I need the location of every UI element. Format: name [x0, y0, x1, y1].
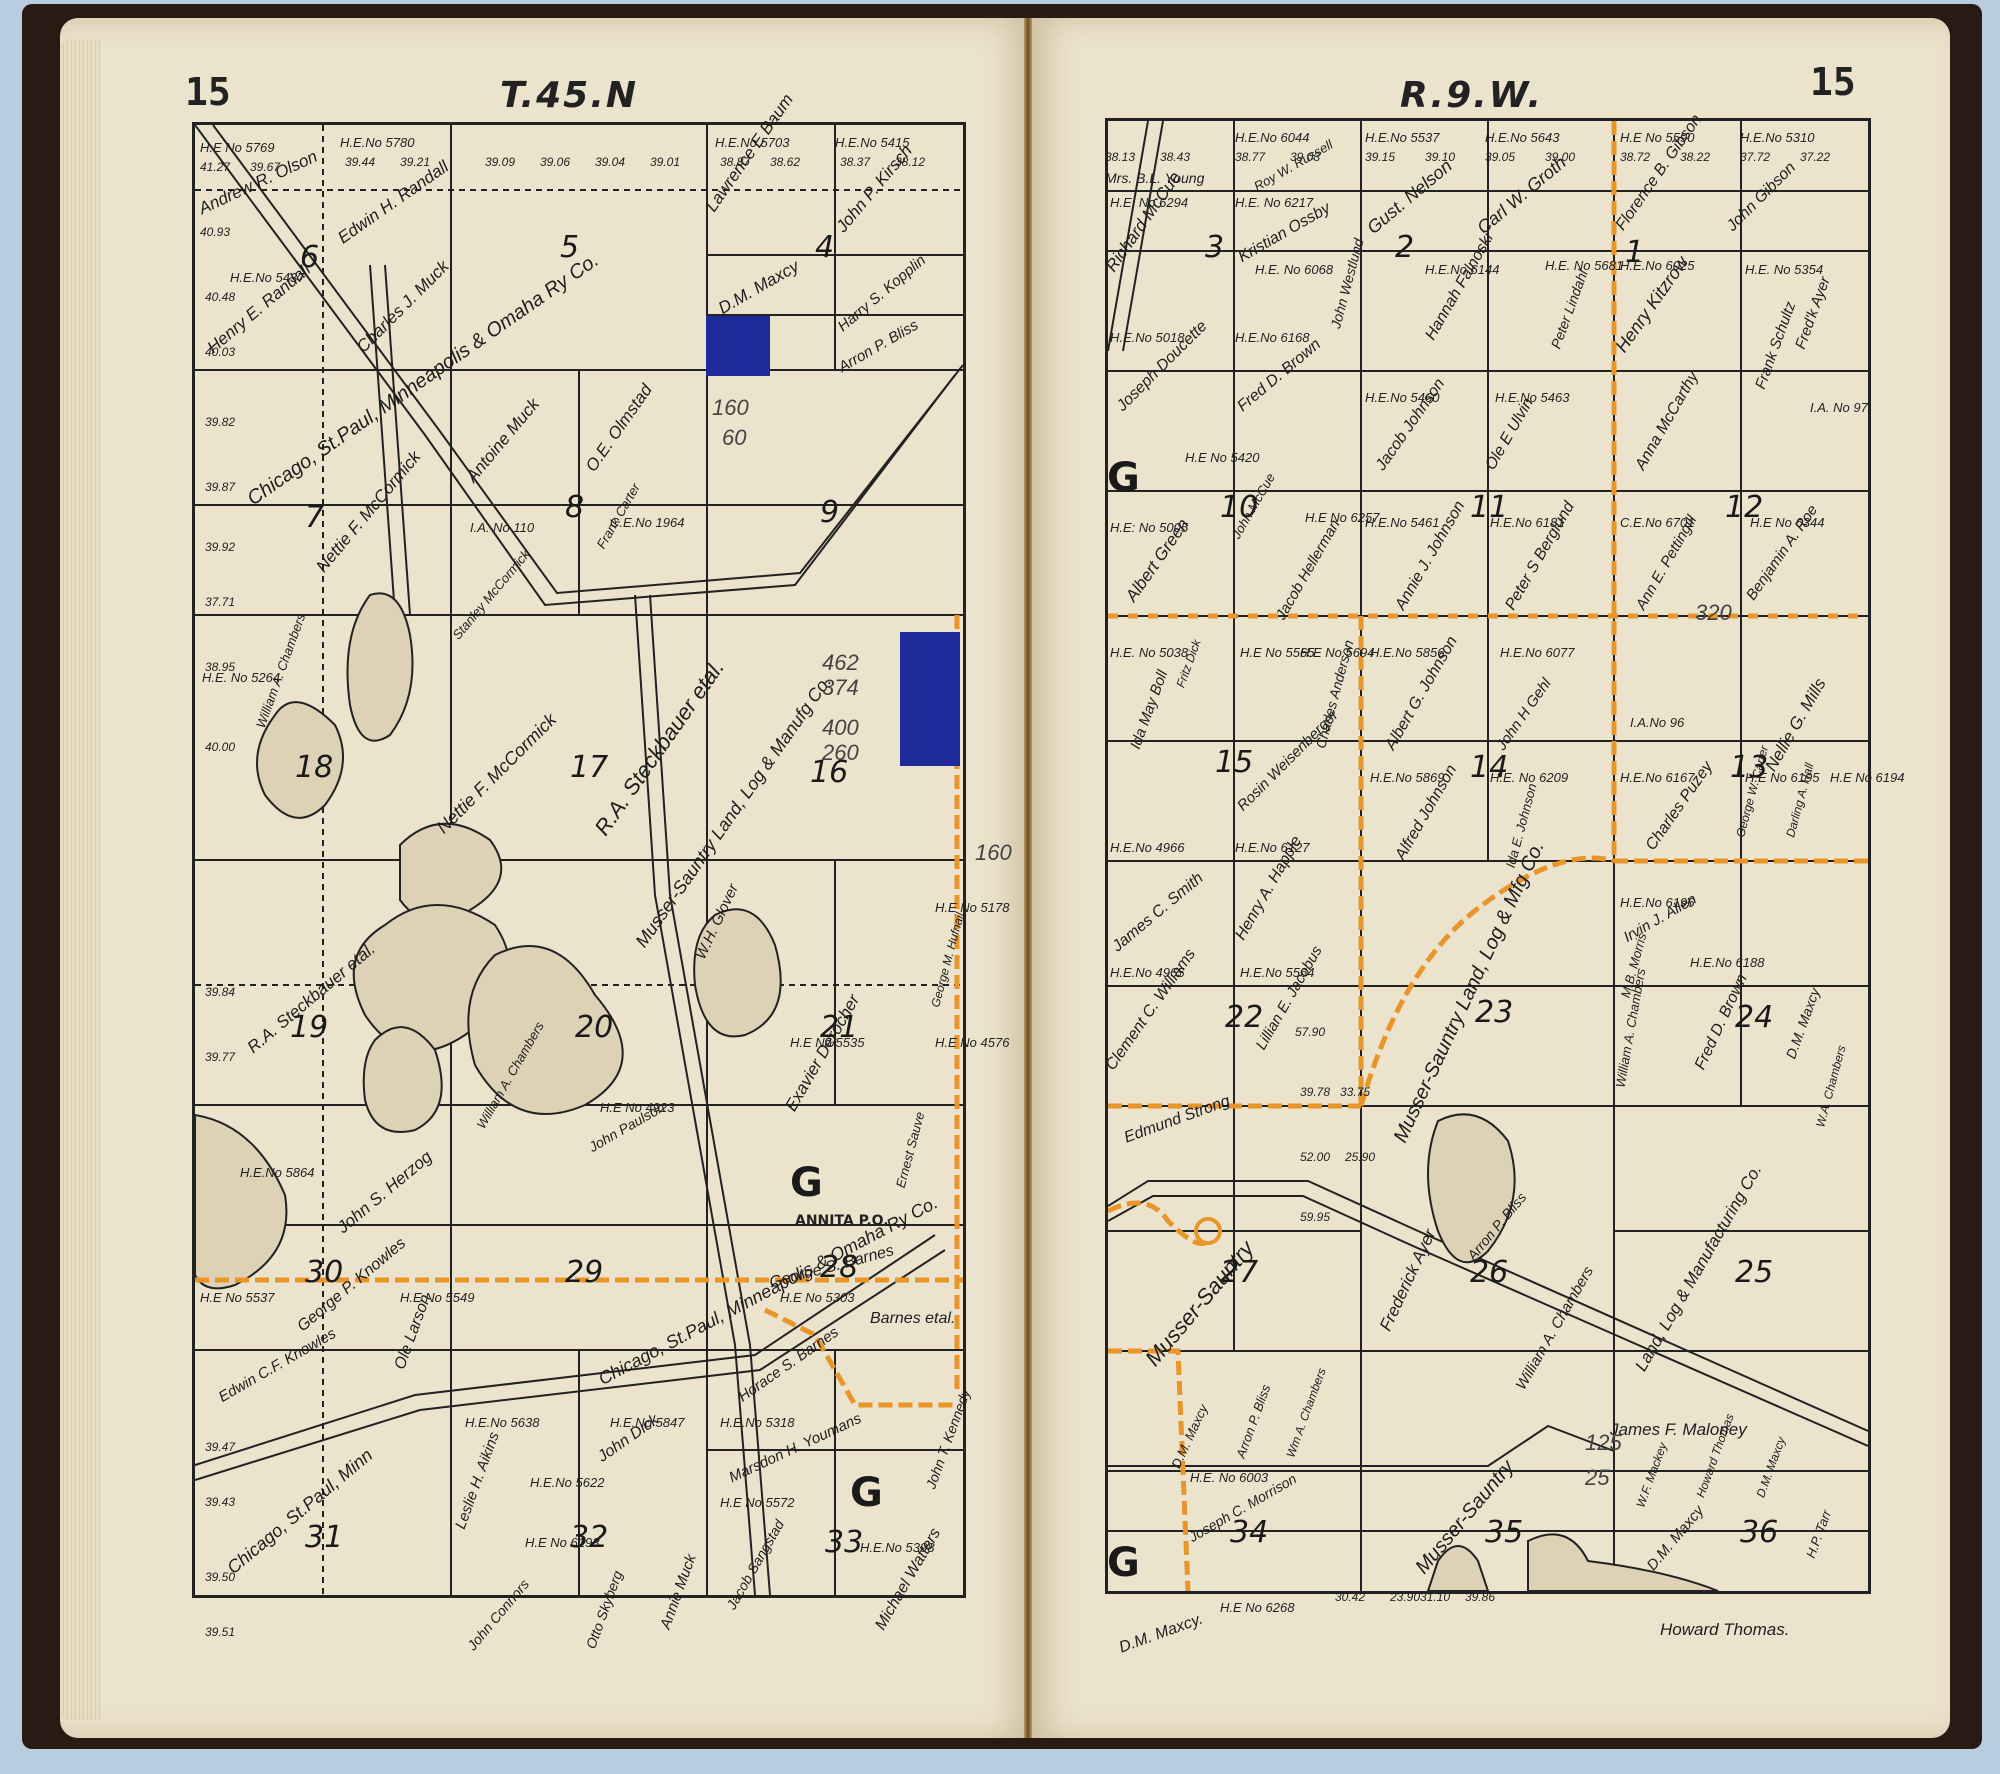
- homestead-entry: H.E No 5549: [400, 1290, 474, 1305]
- homestead-entry: C.E.No 1964: [610, 515, 684, 530]
- homestead-entry: H.E.No 5780: [340, 135, 414, 150]
- section-number: 4: [815, 230, 834, 265]
- acreage-value: 38.43: [1160, 150, 1190, 164]
- acreage-value: 39.01: [650, 155, 680, 169]
- homestead-entry: H.E. No 5354: [1745, 262, 1823, 277]
- left-page-number: 15: [185, 70, 231, 114]
- section-number: 18: [295, 750, 333, 785]
- page-edges: [60, 40, 100, 1720]
- homestead-entry: H.E No 4576: [935, 1035, 1009, 1050]
- homestead-entry: H.E No 5590: [1620, 130, 1694, 145]
- acreage-value: 39.21: [400, 155, 430, 169]
- acreage-value: 39.67: [250, 160, 280, 174]
- acreage-value: 39.87: [205, 480, 235, 494]
- acreage-value: 40.03: [205, 345, 235, 359]
- acreage-value: 52.00: [1300, 1150, 1330, 1164]
- g-marker-icon: G: [850, 1470, 883, 1516]
- homestead-entry: H.E No 5769: [200, 140, 274, 155]
- section-number: 36: [1740, 1515, 1778, 1550]
- homestead-entry: H.E.No 5622: [530, 1475, 604, 1490]
- pencil-note: 25: [1585, 1465, 1609, 1491]
- homestead-entry: H.E.No 5564: [1240, 965, 1314, 980]
- acreage-value: 38.22: [1680, 150, 1710, 164]
- left-page-title: T.45.N: [500, 75, 638, 116]
- acreage-value: 37.72: [1740, 150, 1770, 164]
- homestead-entry: H.E No 5694: [1300, 645, 1374, 660]
- homestead-entry: H.E No 4923: [600, 1100, 674, 1115]
- homestead-entry: H.E.No 5856: [1370, 645, 1444, 660]
- right-page-number: 15: [1810, 60, 1856, 104]
- pencil-note: 462: [822, 650, 859, 676]
- township-grid-right: [1105, 118, 1871, 1594]
- acreage-value: 39.84: [205, 985, 235, 999]
- section-number: 9: [820, 495, 839, 530]
- homestead-entry: H.E.No 6044: [1235, 130, 1309, 145]
- acreage-value: 38.62: [770, 155, 800, 169]
- right-page-title: R.9.W.: [1400, 75, 1543, 116]
- acreage-value: 38.13: [1105, 150, 1135, 164]
- homestead-entry: H.E.No 5847: [610, 1415, 684, 1430]
- section-number: 35: [1485, 1515, 1523, 1550]
- g-marker-icon: G: [790, 1160, 823, 1206]
- homestead-entry: H.E No 5537: [200, 1290, 274, 1305]
- acreage-value: 37.71: [205, 595, 235, 609]
- homestead-entry: I.A.No 96: [1630, 715, 1684, 730]
- homestead-entry: H.E No 6268: [1220, 1600, 1294, 1615]
- acreage-value: 40.48: [205, 290, 235, 304]
- left-map-lines: [195, 125, 963, 1595]
- homestead-entry: H.E.No 5643: [1485, 130, 1559, 145]
- homestead-entry: H.E.No 5318: [720, 1415, 794, 1430]
- section-number: 7: [305, 500, 324, 535]
- homestead-entry: H.E.No 5537: [1365, 130, 1439, 145]
- homestead-entry: H.E.No 6188: [1690, 955, 1764, 970]
- acreage-value: 38.12: [895, 155, 925, 169]
- acreage-value: 23.90: [1390, 1590, 1420, 1604]
- homestead-entry: H.E No 5535: [790, 1035, 864, 1050]
- section-number: 23: [1475, 995, 1513, 1030]
- homestead-entry: H.E.No 4965: [1110, 965, 1184, 980]
- homestead-entry: H.E: No 5005: [1110, 520, 1188, 535]
- acreage-value: 40.93: [200, 225, 230, 239]
- homestead-entry: H.E.No 5869: [1370, 770, 1444, 785]
- section-number: 25: [1735, 1255, 1773, 1290]
- acreage-value: 39.51: [205, 1625, 235, 1639]
- homestead-entry: H.E.No 4966: [1110, 840, 1184, 855]
- homestead-entry: H.E.No 5461: [1365, 515, 1439, 530]
- homestead-entry: H.E.No 5864: [240, 1165, 314, 1180]
- homestead-entry: H.E. No 6003: [1190, 1470, 1268, 1485]
- post-office-label: ANNITA P.O.: [795, 1213, 889, 1229]
- owner-name: Barnes etal.: [870, 1310, 955, 1328]
- section-number: 31: [305, 1520, 343, 1555]
- pencil-note: 400: [822, 715, 859, 741]
- pencil-note: 160: [712, 395, 749, 421]
- pencil-note: 260: [822, 740, 859, 766]
- homestead-entry: H.E.No 5398: [860, 1540, 934, 1555]
- acreage-value: 39.50: [205, 1570, 235, 1584]
- homestead-entry: H.E.No 5437: [230, 270, 304, 285]
- section-number: 29: [565, 1255, 603, 1290]
- acreage-value: 59.95: [1300, 1210, 1330, 1224]
- acreage-value: 39.92: [205, 540, 235, 554]
- acreage-value: 38.77: [1235, 150, 1265, 164]
- homestead-entry: H.E.No 6167: [1620, 770, 1694, 785]
- acreage-value: 39.10: [1425, 150, 1455, 164]
- homestead-entry: H.E. No 6209: [1490, 770, 1568, 785]
- homestead-entry: H.E.No 5463: [1495, 390, 1569, 405]
- homestead-entry: H.E No 5178: [935, 900, 1009, 915]
- section-number: 17: [570, 750, 608, 785]
- owner-name: Howard Thomas.: [1660, 1620, 1789, 1640]
- homestead-entry: H.E. No 5038: [1110, 645, 1188, 660]
- section-number: 15: [1215, 745, 1253, 780]
- section-number: 8: [565, 490, 584, 525]
- pencil-note: 60: [722, 425, 746, 451]
- acreage-value: 37.22: [1800, 150, 1830, 164]
- homestead-entry: H.E. No 6068: [1255, 262, 1333, 277]
- acreage-value: 39.06: [540, 155, 570, 169]
- right-map-lines: [1108, 121, 1868, 1591]
- homestead-entry: I.A. No 97: [1810, 400, 1868, 415]
- acreage-value: 40.00: [205, 740, 235, 754]
- homestead-entry: H.E.No 5310: [1740, 130, 1814, 145]
- homestead-entry: I.A. No 110: [470, 520, 534, 535]
- acreage-value: 38.72: [1620, 150, 1650, 164]
- g-marker-icon: G: [1107, 1540, 1140, 1586]
- homestead-entry: H.E.No 6025: [1620, 258, 1694, 273]
- pencil-note: 320: [1695, 600, 1732, 626]
- homestead-entry: H.E.No 5018: [1110, 330, 1184, 345]
- acreage-value: 38.87: [720, 155, 750, 169]
- acreage-value: 39.77: [205, 1050, 235, 1064]
- pencil-note: 125: [1585, 1430, 1622, 1456]
- acreage-value: 25.90: [1345, 1150, 1375, 1164]
- pencil-note: 160: [975, 840, 1012, 866]
- homestead-entry: C.E.No 6701: [1620, 515, 1694, 530]
- owner-name: Mrs. B.L. Young: [1105, 170, 1204, 186]
- homestead-entry: H.E.No 6196: [1620, 895, 1694, 910]
- section-number: 22: [1225, 1000, 1263, 1035]
- homestead-entry: H.E.No 6181: [1490, 515, 1564, 530]
- homestead-entry: H.E No 6344: [1750, 515, 1824, 530]
- acreage-value: 39.43: [205, 1495, 235, 1509]
- acreage-value: 57.90: [1295, 1025, 1325, 1039]
- homestead-entry: H.E.No 5703: [715, 135, 789, 150]
- book-gutter: [1024, 18, 1032, 1738]
- acreage-value: 39.05: [1485, 150, 1515, 164]
- section-number: 33: [825, 1525, 863, 1560]
- homestead-entry: H.E.No 5415: [835, 135, 909, 150]
- homestead-entry: H.E No 6194: [1830, 770, 1904, 785]
- acreage-value: 39.00: [1545, 150, 1575, 164]
- acreage-value: 38.95: [205, 660, 235, 674]
- acreage-value: 39.04: [595, 155, 625, 169]
- acreage-value: 39.15: [1365, 150, 1395, 164]
- homestead-entry: H.E No 6193: [525, 1535, 599, 1550]
- acreage-value: 39.44: [345, 155, 375, 169]
- homestead-entry: H.E No 5572: [720, 1495, 794, 1510]
- acreage-value: 39.86: [1465, 1590, 1495, 1604]
- acreage-value: 39.09: [485, 155, 515, 169]
- acreage-value: 39.47: [205, 1440, 235, 1454]
- acreage-value: 30.42: [1335, 1590, 1365, 1604]
- homestead-entry: H.E.No 6144: [1425, 262, 1499, 277]
- homestead-entry: H.E.No 6168: [1235, 330, 1309, 345]
- homestead-entry: H.E. No 5681: [1545, 258, 1623, 273]
- homestead-entry: H.E.No 6127: [1235, 840, 1309, 855]
- section-number: 3: [1205, 230, 1224, 265]
- homestead-entry: H.E. No 6217: [1235, 195, 1313, 210]
- acreage-value: 39.82: [205, 415, 235, 429]
- blue-ink-mark: [900, 632, 960, 766]
- homestead-entry: H.E No 5420: [1185, 450, 1259, 465]
- homestead-entry: H.E No 6195: [1745, 770, 1819, 785]
- homestead-entry: H.E.No 6077: [1500, 645, 1574, 660]
- acreage-value: 41.27: [200, 160, 230, 174]
- acreage-value: 38.37: [840, 155, 870, 169]
- pencil-note: 374: [822, 675, 859, 701]
- section-number: 24: [1735, 1000, 1773, 1035]
- homestead-entry: H.E. No 6294: [1110, 195, 1188, 210]
- blue-ink-mark: [706, 316, 770, 376]
- acreage-value: 39.03: [1290, 150, 1320, 164]
- section-number: 2: [1395, 230, 1414, 265]
- acreage-value: 39.78: [1300, 1085, 1330, 1099]
- acreage-value: 31.10: [1420, 1590, 1450, 1604]
- township-grid-left: [192, 122, 966, 1598]
- acreage-value: 33.75: [1340, 1085, 1370, 1099]
- homestead-entry: H.E No 5303: [780, 1290, 854, 1305]
- homestead-entry: H.E.No 5460: [1365, 390, 1439, 405]
- g-marker-icon: G: [1107, 455, 1140, 501]
- homestead-entry: H.E.No 5638: [465, 1415, 539, 1430]
- section-number: 20: [575, 1010, 613, 1045]
